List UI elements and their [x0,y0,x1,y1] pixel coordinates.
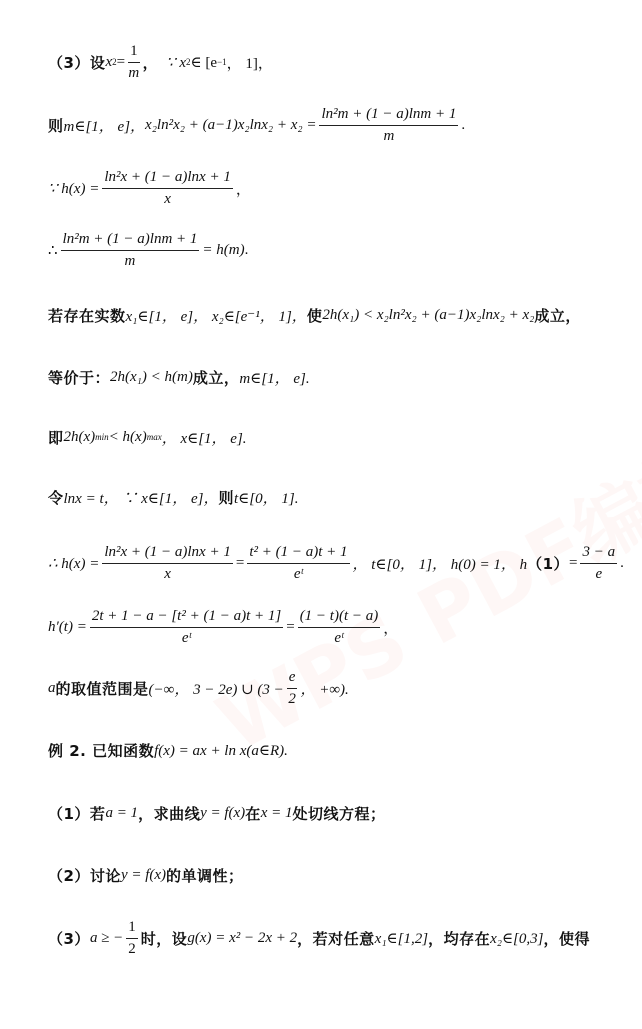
label: （2）讨论 [48,865,121,886]
numerator: (1 − t)(t − a) [298,608,381,628]
expr: ， +∞). [300,678,348,699]
line-let-t: 令 lnx = t， ∵ x∈[1， e]， 则 t∈[0， 1]. [48,477,298,517]
fraction: (1 − t)(t − a)eᵗ [298,608,381,646]
line-because-hx: ∵ h(x) = ln²x + (1 − a)lnx + 1x ， [48,168,251,208]
denominator: m [128,63,139,82]
fraction: 3 − ae [580,544,617,582]
label: ，均存在 [428,928,490,949]
expr: x₁∈[1， e]， x₂∈[e⁻¹， 1]， [126,305,307,326]
denominator: eᵗ [294,564,303,583]
equals: = [236,555,244,572]
label: 的单调性； [166,865,244,886]
expr: y = f(x) [200,805,245,822]
expr: 2h(x₁) < x₂ln²x₂ + (a−1)x₂lnx₂ + x₂ [322,307,534,324]
expr: ∈ [e [191,53,218,72]
numerator: 2t + 1 − a − [t² + (1 − a)t + 1] [90,608,283,628]
denominator: m [383,126,394,145]
line-if-exists: 若存在实数 x₁∈[1， e]， x₂∈[e⁻¹， 1]， 使 2h(x₁) <… [48,295,581,335]
label: 的取值范围是 [56,678,149,699]
denominator: eᵗ [334,628,343,647]
label: 时，设 [141,928,188,949]
expr: ， x∈[1， e]. [162,427,247,448]
expr: 2h(x₁) < h(m) [110,369,193,386]
numerator: ln²m + (1 − a)lnm + 1 [61,231,200,251]
expr: (−∞， 3 − 2e) ∪ (3 − [149,678,284,699]
expr: t∈[0， 1]. [234,487,298,508]
label: 使 [307,305,323,326]
expr: g(x) = x² − 2x + 2 [187,930,297,947]
line-therefore-hm: ∴ ln²m + (1 − a)lnm + 1m = h(m) . [48,230,248,270]
expr: ∵ x [166,53,186,72]
fraction: 12 [126,919,138,957]
equals: = [117,54,125,71]
numerator: ln²x + (1 − a)lnx + 1 [102,544,233,564]
period: . [620,555,624,572]
label: ，若对任意 [297,928,375,949]
period: . [245,242,249,259]
numerator: ln²x + (1 − a)lnx + 1 [102,169,233,189]
expr: y = f(x) [121,867,166,884]
label: 成立， [534,305,581,326]
expr: = h(m) [202,242,244,259]
expr: f(x) = ax + ln x(a∈R). [154,741,288,760]
line-set-x2: （3）设 x2 = 1m ， ∵ x2 ∈ [e−1 ， 1]， [48,42,273,82]
label: 若存在实数 [48,305,126,326]
equals: = [286,619,294,636]
label: 处切线方程； [292,803,385,824]
fraction: ln²x + (1 − a)lnx + 1x [102,169,233,207]
fraction: 2t + 1 − a − [t² + (1 − a)t + 1]eᵗ [90,608,283,646]
expr: h′(t) = [48,619,87,636]
period: . [461,117,465,134]
denominator: x [164,189,171,208]
label: 例 2. 已知函数 [48,740,154,761]
numerator: ln²m + (1 − a)lnm + 1 [319,106,458,126]
expr: x₂ln²x₂ + (a−1)x₂lnx₂ + x₂ = [145,117,316,134]
numerator: 1 [126,919,138,939]
expr: < h(x) [109,429,147,446]
line-hx-t: ∴ h(x) = ln²x + (1 − a)lnx + 1x = t² + (… [48,543,624,583]
label: 则 [48,115,64,136]
expr: ∵ h(x) = [48,179,99,198]
expr: ， t∈[0， 1]， h(0) = 1， h [353,553,528,574]
question-2: （2）讨论 y = f(x) 的单调性； [48,855,244,895]
denominator: m [125,251,136,270]
expr: ， 1]， [227,52,273,73]
therefore: ∴ [48,241,58,260]
label: ，使得 [543,928,590,949]
question-3: （3） a ≥ − 12 时，设 g(x) = x² − 2x + 2 ，若对任… [48,918,590,958]
expr: x₁∈[1,2] [375,929,428,948]
expr: x [105,54,112,71]
denominator: x [164,564,171,583]
label: 成立， [193,367,240,388]
label: 在 [245,803,261,824]
label: （1） [527,553,569,574]
expr: a = 1 [105,805,138,822]
line-min-max: 即 2h(x)min < h(x)max ， x∈[1， e]. [48,417,247,457]
expr: m∈[1， e]， [64,115,146,136]
numerator: 1 [128,43,140,63]
label: 等价于： [48,367,110,388]
expr: m∈[1， e]. [239,367,309,388]
denominator: 2 [128,939,136,958]
line-equivalent: 等价于： 2h(x₁) < h(m) 成立， m∈[1， e]. [48,357,310,397]
variable: a [48,680,56,697]
example-2-heading: 例 2. 已知函数 f(x) = ax + ln x(a∈R). [48,730,288,770]
expr: lnx = t， ∵ x∈[1， e]， [64,487,219,508]
denominator: 2 [288,689,296,708]
label: 即 [48,427,64,448]
numerator: e [287,669,298,689]
line-derivative: h′(t) = 2t + 1 − a − [t² + (1 − a)t + 1]… [48,607,398,647]
numerator: 3 − a [580,544,617,564]
comma: ， [383,617,398,638]
fraction: ln²m + (1 − a)lnm + 1m [61,231,200,269]
label: ，求曲线 [138,803,200,824]
question-1: （1）若 a = 1 ，求曲线 y = f(x) 在 x = 1 处切线方程； [48,793,386,833]
numerator: t² + (1 − a)t + 1 [247,544,349,564]
line-then-m: 则 m∈[1， e]， x₂ln²x₂ + (a−1)x₂lnx₂ + x₂ =… [48,105,465,145]
label: （1）若 [48,803,105,824]
denominator: eᵗ [182,628,191,647]
expr: x₂∈[0,3] [490,929,543,948]
equals: = [569,555,577,572]
fraction: t² + (1 − a)t + 1eᵗ [247,544,349,582]
label: （3） [48,928,90,949]
line-range-of-a: a 的取值范围是 (−∞， 3 − 2e) ∪ (3 − e2 ， +∞). [48,668,349,708]
fraction: ln²x + (1 − a)lnx + 1x [102,544,233,582]
fraction: ln²m + (1 − a)lnm + 1m [319,106,458,144]
separator: ， [143,52,159,73]
label: 则 [218,487,234,508]
denominator: e [595,564,602,583]
expr: 2h(x) [64,429,96,446]
expr: x = 1 [261,805,293,822]
comma: ， [236,178,251,199]
expr: ∴ h(x) = [48,554,99,573]
fraction: 1m [128,43,140,81]
label: （3）设 [48,52,105,73]
expr: a ≥ − [90,930,123,947]
label: 令 [48,487,64,508]
fraction: e2 [287,669,298,707]
